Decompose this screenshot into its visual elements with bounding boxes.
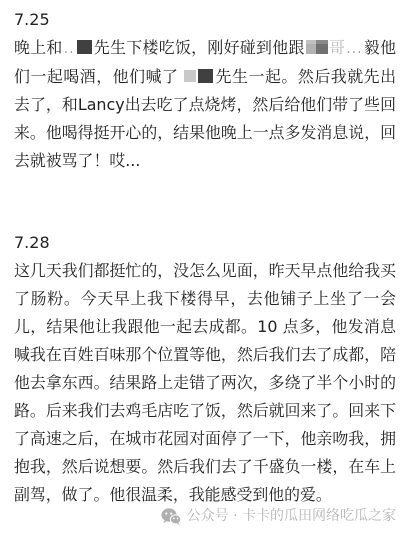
article-page: 7.25 晚上和..先生下楼吃饭，刚好碰到他跟哥...毅他们一起喝酒，他们喊了 … (0, 0, 408, 533)
entry-paragraph: 这几天我们都挺忙的，没怎么见面，昨天早点他给我买了肠粉。今天早上我下楼得早，去他… (14, 257, 396, 509)
entry-paragraph: 晚上和..先生下楼吃饭，刚好碰到他跟哥...毅他们一起喝酒，他们喊了 先生一起。… (14, 34, 396, 175)
watermark: 公众号 · 卡卡的瓜田网络吃瓜之家 (161, 506, 396, 526)
article-content: 7.25 晚上和..先生下楼吃饭，刚好碰到他跟哥...毅他们一起喝酒，他们喊了 … (0, 0, 408, 509)
censor-dots: ... (346, 41, 362, 57)
entry-date: 7.25 (14, 6, 396, 34)
entry-date: 7.28 (14, 229, 396, 257)
censor-dots: .. (64, 41, 75, 57)
censor-mosaic-block (306, 40, 328, 54)
censor-dark-block (198, 69, 213, 83)
censor-dark-block (77, 40, 92, 54)
watermark-label: 公众号 · 卡卡的瓜田网络吃瓜之家 (187, 506, 396, 526)
censor-light-block (184, 70, 196, 82)
diary-entry-1: 7.25 晚上和..先生下楼吃饭，刚好碰到他跟哥...毅他们一起喝酒，他们喊了 … (14, 6, 396, 175)
text-segment: 这几天我们都挺忙的，没怎么见面，昨天早点他给我买了肠粉。今天早上我下楼得早，去他… (14, 261, 396, 504)
text-segment: 先生下楼吃饭，刚好碰到他跟 (94, 38, 305, 57)
text-segment: 晚上和 (14, 38, 63, 57)
diary-entry-2: 7.28 这几天我们都挺忙的，没怎么见面，昨天早点他给我买了肠粉。今天早上我下楼… (14, 229, 396, 509)
wechat-icon (161, 508, 181, 525)
faded-text: 哥 (329, 38, 346, 57)
